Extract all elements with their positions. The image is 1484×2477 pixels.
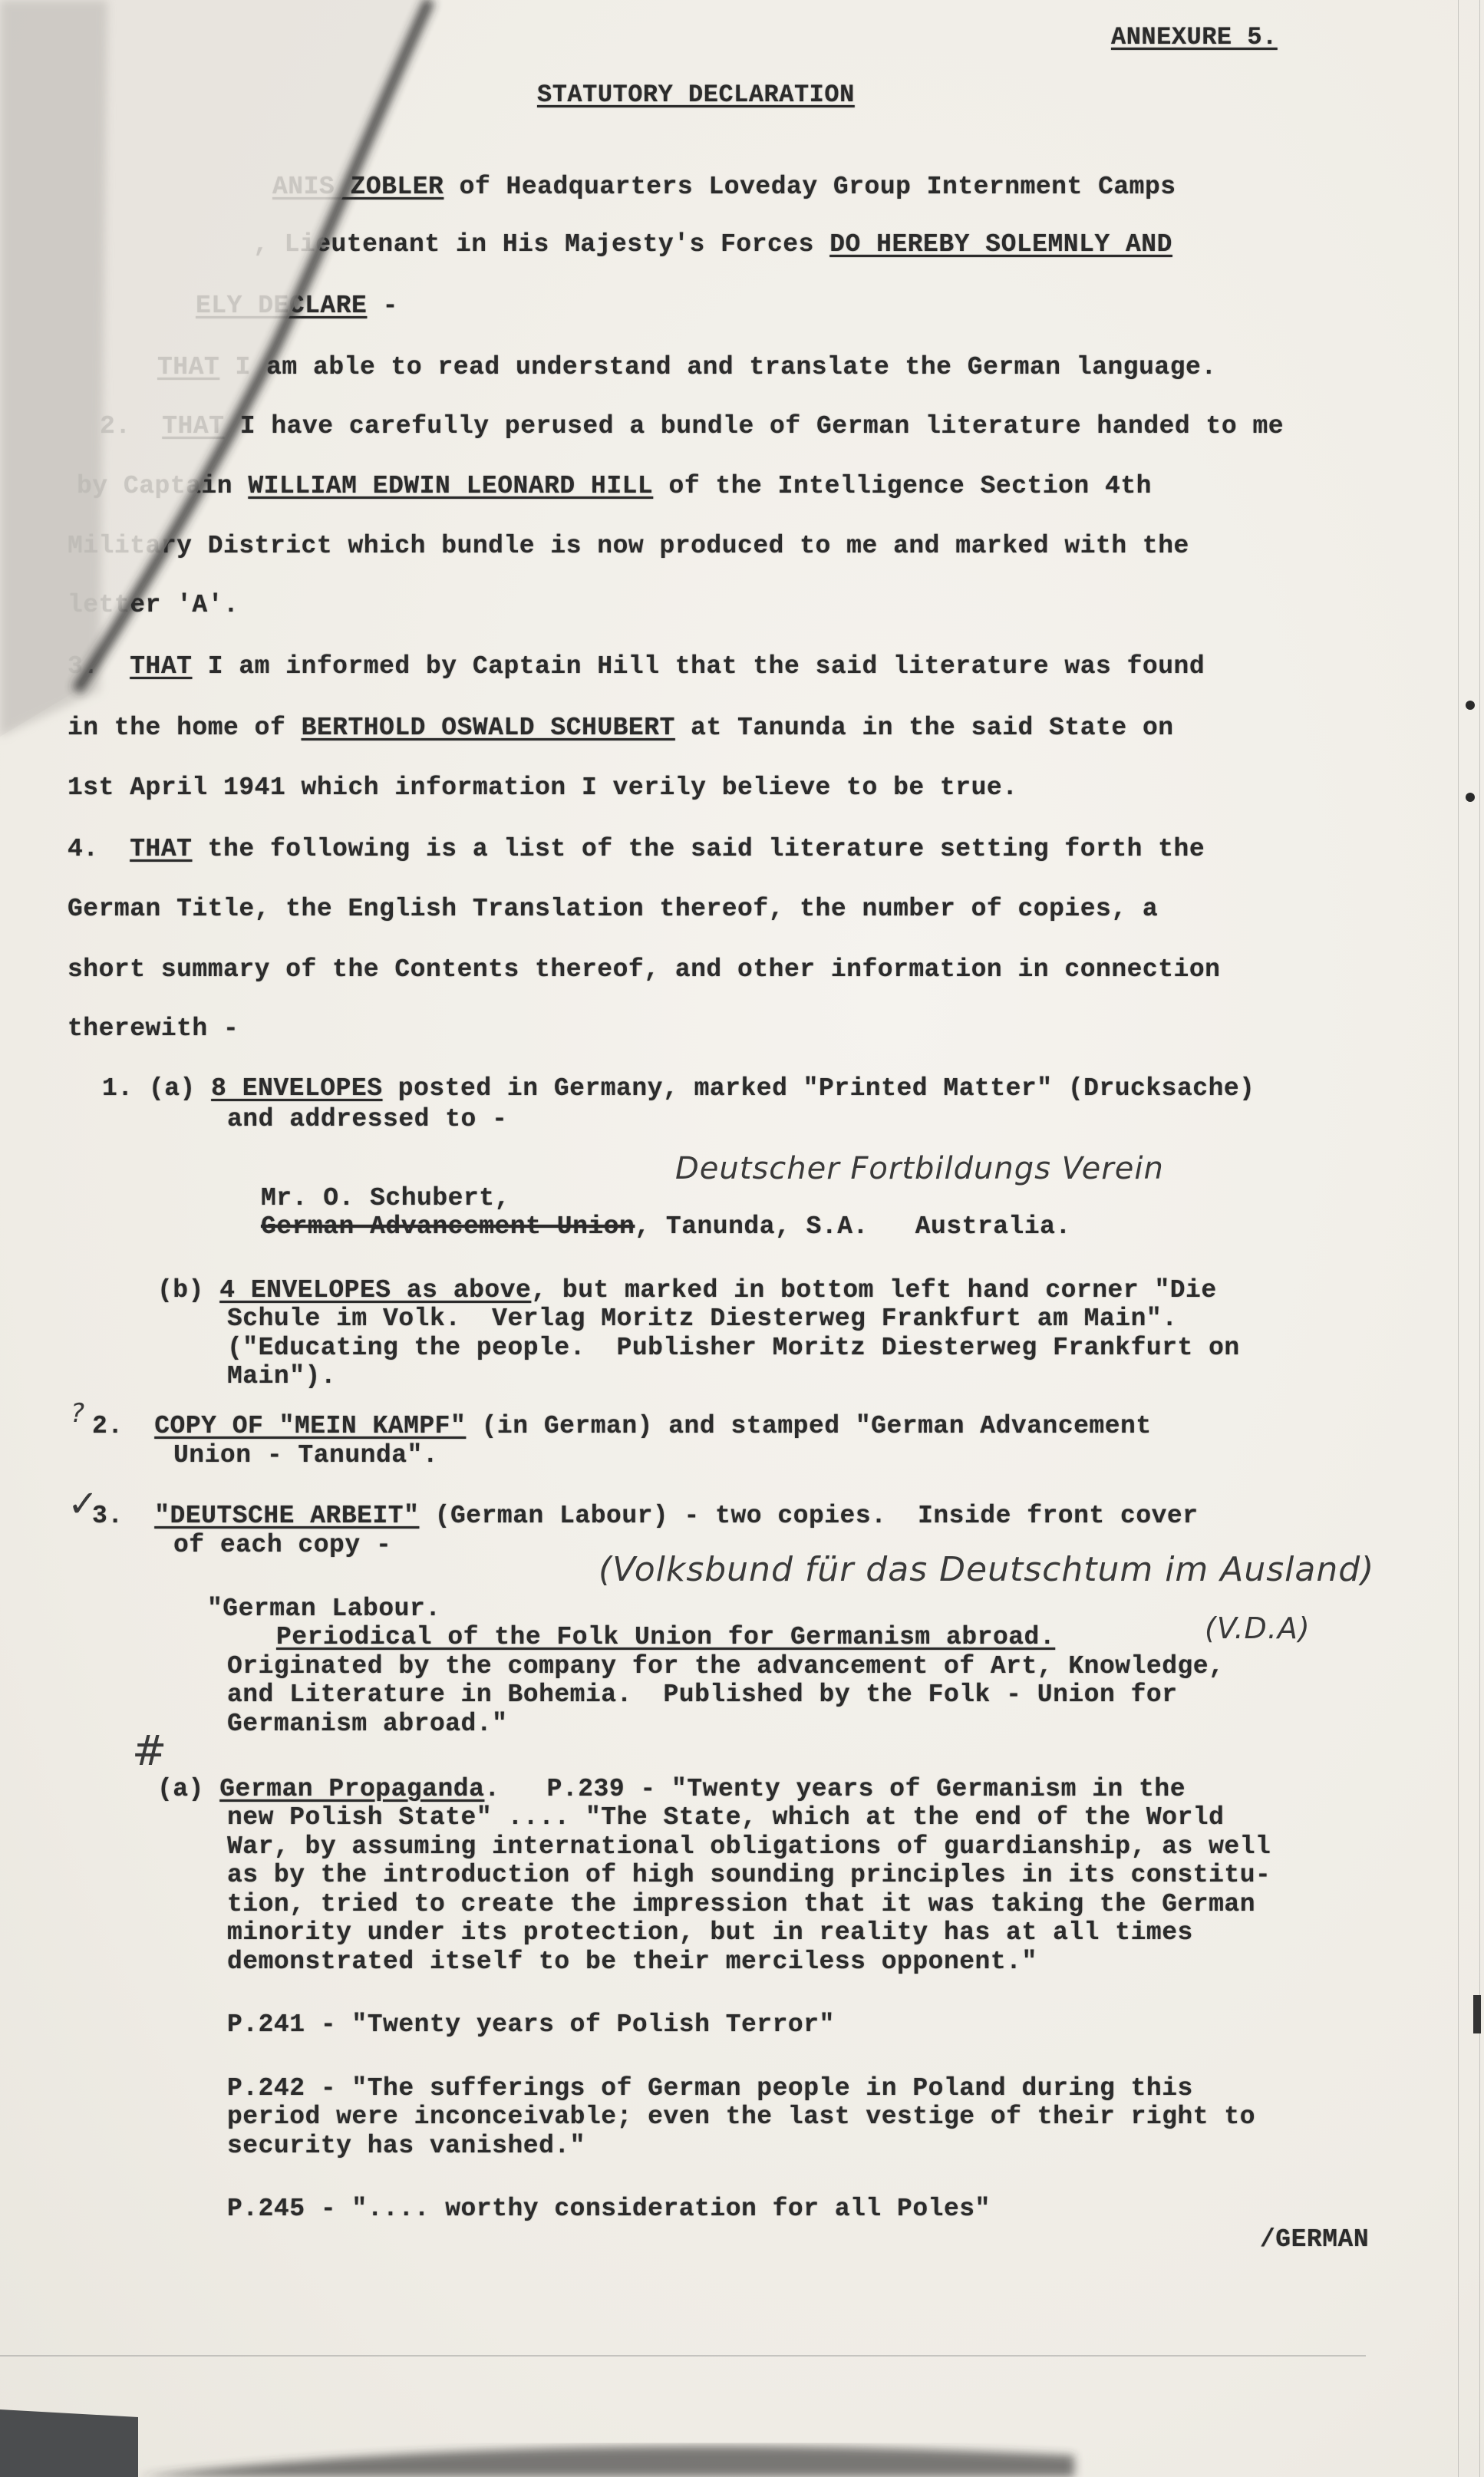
item-heading: 8 ENVELOPES bbox=[211, 1074, 382, 1103]
paragraph-number: 2. bbox=[100, 412, 131, 440]
struck-text: German Advancement Union bbox=[261, 1212, 635, 1241]
paragraph-text: in the home of bbox=[68, 714, 302, 742]
paragraph-2-line-2: by Captain WILLIAM EDWIN LEONARD HILL of… bbox=[77, 472, 1152, 500]
item-1-b-line-2: Schule im Volk. Verlag Moritz Diesterweg… bbox=[227, 1304, 1178, 1333]
item-heading: "DEUTSCHE ARBEIT" bbox=[154, 1502, 419, 1530]
page-edge-line bbox=[1458, 0, 1459, 2477]
quote-line-5: Germanism abroad." bbox=[227, 1710, 507, 1738]
question-mark-annotation: ? bbox=[71, 1398, 85, 1429]
periodical-title: Periodical of the Folk Union for Germani… bbox=[276, 1623, 1055, 1651]
paragraph-number: 4. bbox=[68, 835, 99, 863]
item-number: 2. bbox=[92, 1412, 124, 1440]
paragraph-1: THAT I am able to read understand and tr… bbox=[157, 353, 1217, 381]
page-242-line-1: P.242 - "The sufferings of German people… bbox=[227, 2074, 1193, 2103]
quote-line-4: and Literature in Bohemia. Published by … bbox=[227, 1680, 1178, 1709]
page-edge-line bbox=[1479, 0, 1480, 2477]
paragraph-4-line-1: 4. THAT the following is a list of the s… bbox=[68, 835, 1205, 863]
paragraph-4-line-4: therewith - bbox=[68, 1014, 239, 1043]
item-3-a-line-5: tion, tried to create the impression tha… bbox=[227, 1890, 1255, 1918]
paragraph-4-line-2: German Title, the English Translation th… bbox=[68, 895, 1158, 923]
suspect-name: BERTHOLD OSWALD SCHUBERT bbox=[302, 714, 675, 742]
item-text: (German Labour) - two copies. Inside fro… bbox=[419, 1502, 1198, 1530]
item-2-line-1: 2. COPY OF "MEIN KAMPF" (in German) and … bbox=[92, 1412, 1152, 1440]
quote-line-1: "German Labour. bbox=[207, 1595, 441, 1623]
handwritten-abbreviation: (V.D.A) bbox=[1205, 1611, 1311, 1645]
declarant-name: ANIS ZOBLER bbox=[272, 173, 444, 201]
sub-item-label: (a) bbox=[157, 1775, 204, 1803]
paragraph-text: by Captain bbox=[77, 472, 248, 500]
page-245-quote: P.245 - ".... worthy consideration for a… bbox=[227, 2195, 991, 2223]
item-3-a-line-2: new Polish State" .... "The State, which… bbox=[227, 1803, 1224, 1832]
paragraph-text: I am able to read understand and transla… bbox=[219, 353, 1216, 381]
item-1-b-line-4: Main"). bbox=[227, 1362, 336, 1390]
item-text: (in German) and stamped "German Advancem… bbox=[466, 1412, 1151, 1440]
paragraph-2-line-1: 2. THAT I have carefully perused a bundl… bbox=[100, 412, 1284, 440]
declare-text: ELY DECLARE bbox=[196, 292, 367, 320]
item-1-a-line-2: and addressed to - bbox=[227, 1105, 507, 1133]
item-3-a-line-6: minority under its protection, but in re… bbox=[227, 1918, 1193, 1947]
page-title: STATUTORY DECLARATION bbox=[537, 81, 855, 109]
annexure-label: ANNEXURE 5. bbox=[1111, 23, 1278, 51]
item-text: . P.239 - "Twenty years of Germanism in … bbox=[484, 1775, 1186, 1803]
item-heading: COPY OF "MEIN KAMPF" bbox=[154, 1412, 466, 1440]
paragraph-text: the following is a list of the said lite… bbox=[192, 835, 1205, 863]
item-text: , but marked in bottom left hand corner … bbox=[531, 1276, 1216, 1304]
item-3-a-line-1: (a) German Propaganda. P.239 - "Twenty y… bbox=[157, 1775, 1186, 1803]
quote-line-2: Periodical of the Folk Union for Germani… bbox=[276, 1623, 1055, 1651]
that-keyword: THAT bbox=[130, 835, 192, 863]
item-heading: 4 ENVELOPES bbox=[219, 1276, 391, 1304]
page-242-line-2: period were inconceivable; even the last… bbox=[227, 2103, 1255, 2131]
that-keyword: THAT bbox=[162, 412, 224, 440]
page-242-line-3: security has vanished." bbox=[227, 2132, 585, 2160]
item-1-a-line-1: 1. (a) 8 ENVELOPES posted in Germany, ma… bbox=[102, 1074, 1255, 1103]
page-241-quote: P.241 - "Twenty years of Polish Terror" bbox=[227, 2010, 835, 2039]
paragraph-number: 3. bbox=[68, 652, 99, 681]
sub-item-label: (a) bbox=[149, 1074, 196, 1103]
item-1-b-line-3: ("Educating the people. Publisher Moritz… bbox=[227, 1334, 1240, 1362]
item-3-line-2: of each copy - bbox=[173, 1531, 391, 1559]
paragraph-4-line-3: short summary of the Contents thereof, a… bbox=[68, 955, 1220, 984]
intro-text: , Lieutenant in His Majesty's Forces bbox=[253, 230, 829, 259]
continuation-marker: /GERMAN bbox=[1260, 2225, 1369, 2254]
paragraph-text: of the Intelligence Section 4th bbox=[653, 472, 1152, 500]
handwritten-translation: (Volksbund für das Deutschtum im Ausland… bbox=[599, 1550, 1374, 1589]
item-heading: German Propaganda bbox=[219, 1775, 484, 1803]
item-number: 3. bbox=[92, 1502, 124, 1530]
intro-text: of Headquarters Loveday Group Internment… bbox=[444, 173, 1176, 201]
that-keyword: THAT bbox=[130, 652, 192, 681]
item-3-a-line-4: as by the introduction of high sounding … bbox=[227, 1861, 1271, 1889]
intro-line-1: ANIS ZOBLER of Headquarters Loveday Grou… bbox=[272, 173, 1176, 201]
item-2-line-2: Union - Tanunda". bbox=[173, 1441, 438, 1469]
sub-item-label: (b) bbox=[157, 1276, 204, 1304]
captain-name: WILLIAM EDWIN LEONARD HILL bbox=[248, 472, 653, 500]
paragraph-2-line-3: Military District which bundle is now pr… bbox=[68, 532, 1189, 560]
hash-annotation: # bbox=[132, 1727, 167, 1775]
paragraph-text: I have carefully perused a bundle of Ger… bbox=[224, 412, 1284, 440]
document-page: ANNEXURE 5. STATUTORY DECLARATION ANIS Z… bbox=[0, 0, 1484, 2477]
address-line-2: German Advancement Union, Tanunda, S.A. … bbox=[261, 1212, 1071, 1241]
punch-mark bbox=[1466, 793, 1475, 802]
address-line-1: Mr. O. Schubert, bbox=[261, 1184, 510, 1212]
punch-mark bbox=[1466, 701, 1475, 710]
paragraph-3-line-1: 3. THAT I am informed by Captain Hill th… bbox=[68, 652, 1205, 681]
intro-line-3: ELY DECLARE - bbox=[196, 292, 398, 320]
paragraph-text: I am informed by Captain Hill that the s… bbox=[192, 652, 1205, 681]
paragraph-3-line-3: 1st April 1941 which information I veril… bbox=[68, 773, 1018, 802]
item-text: as above bbox=[391, 1276, 532, 1304]
paragraph-text: at Tanunda in the said State on bbox=[675, 714, 1174, 742]
paragraph-2-line-4: letter 'A'. bbox=[68, 591, 239, 619]
item-1-b-line-1: (b) 4 ENVELOPES as above, but marked in … bbox=[157, 1276, 1217, 1304]
intro-text: - bbox=[367, 292, 398, 320]
intro-line-2: , Lieutenant in His Majesty's Forces DO … bbox=[253, 230, 1172, 259]
quote-line-3: Originated by the company for the advanc… bbox=[227, 1652, 1224, 1680]
that-keyword: THAT bbox=[157, 353, 219, 381]
address-text: , Tanunda, S.A. Australia. bbox=[635, 1212, 1071, 1241]
item-3-a-line-3: War, by assuming international obligatio… bbox=[227, 1832, 1271, 1861]
solemn-declaration: DO HEREBY SOLEMNLY AND bbox=[829, 230, 1172, 259]
item-number: 1. bbox=[102, 1074, 134, 1103]
item-3-line-1: 3. "DEUTSCHE ARBEIT" (German Labour) - t… bbox=[92, 1502, 1199, 1530]
handwritten-insert: Deutscher Fortbildungs Verein bbox=[675, 1151, 1164, 1186]
item-text: posted in Germany, marked "Printed Matte… bbox=[383, 1074, 1255, 1103]
item-3-a-line-7: demonstrated itself to be their merciles… bbox=[227, 1948, 1037, 1976]
edge-mark bbox=[1473, 1995, 1481, 2033]
paragraph-3-line-2: in the home of BERTHOLD OSWALD SCHUBERT … bbox=[68, 714, 1174, 742]
